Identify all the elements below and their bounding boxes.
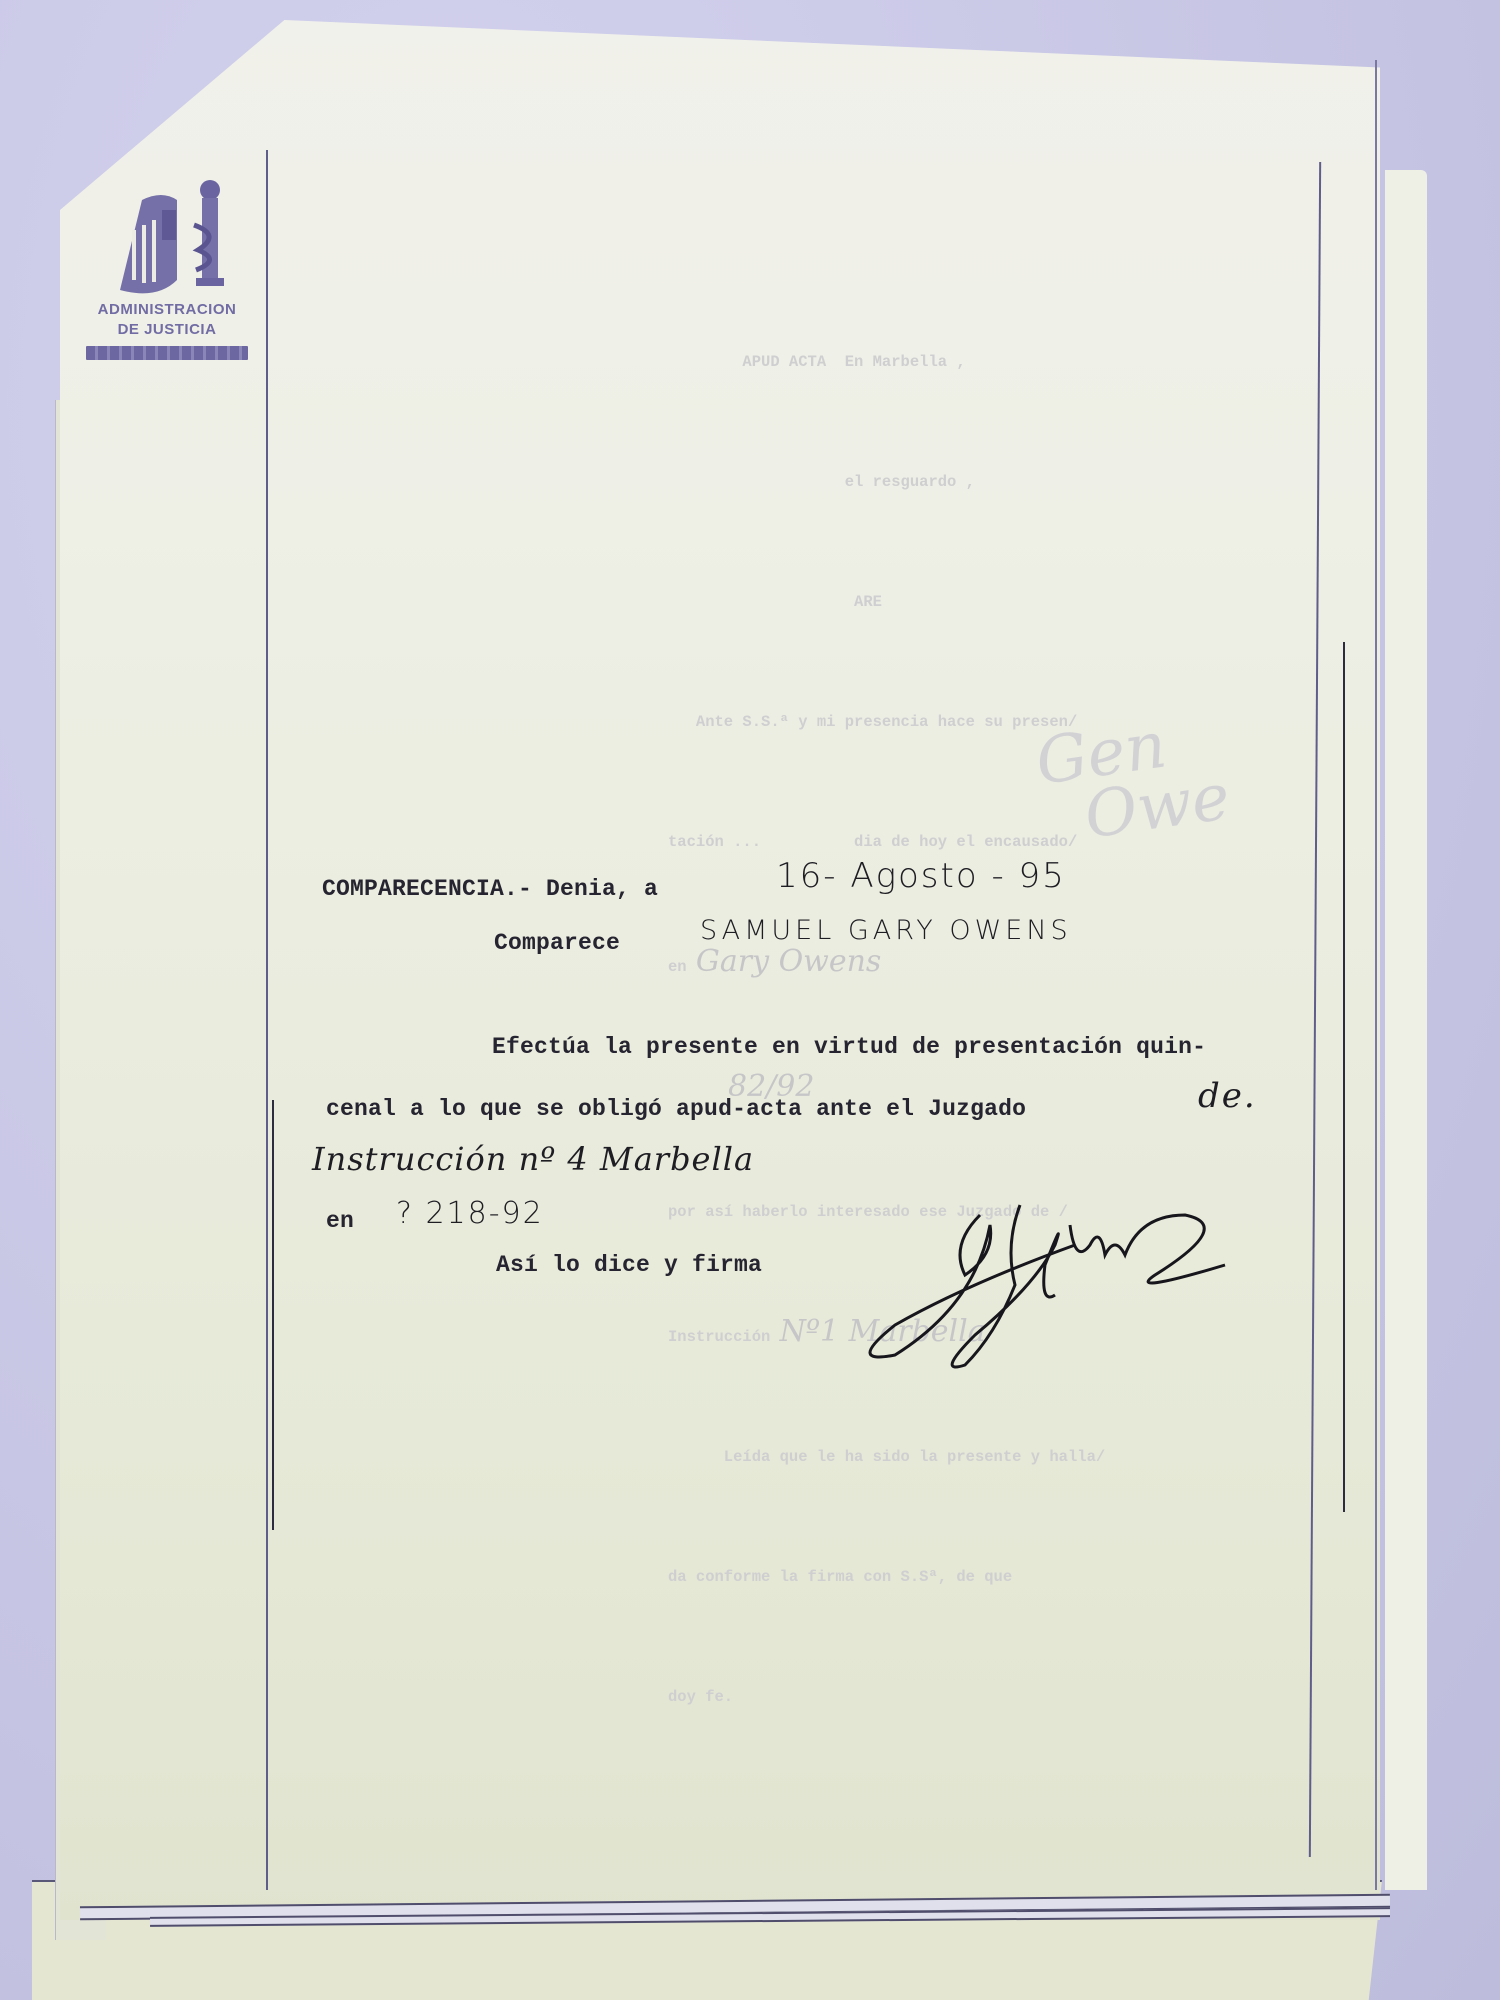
right-margin-line-inner bbox=[1343, 642, 1345, 1512]
spanish-coat-of-arms-icon bbox=[102, 170, 232, 300]
body-line-1: Efectúa la presente en virtud de present… bbox=[492, 1034, 1206, 1060]
paper-sheet-underneath-right bbox=[1385, 170, 1427, 1890]
appearing-name-handwritten: SAMUEL GARY OWENS bbox=[700, 915, 1072, 946]
heading-typed: COMPARECENCIA.- Denia, a bbox=[322, 876, 658, 902]
ghost-line: da conforme la firma con S.Sª, de que bbox=[668, 1557, 1288, 1597]
letterhead-bar bbox=[86, 346, 248, 360]
left-margin-line bbox=[266, 150, 268, 1890]
ghost-line: APUD ACTA En Marbella , bbox=[668, 342, 1288, 382]
showthrough-text: APUD ACTA En Marbella , el resguardo , A… bbox=[668, 262, 1288, 1757]
ghost-handwriting: Gary Owens bbox=[696, 944, 881, 979]
body-line-4-typed: en bbox=[326, 1208, 354, 1234]
heading-date-handwritten: 16- Agosto - 95 bbox=[776, 856, 1066, 896]
ghost-line: Leída que le ha sido la presente y halla… bbox=[668, 1437, 1288, 1477]
ghost-line: doy fe. bbox=[668, 1677, 1288, 1717]
body-line-2-handwritten: de. bbox=[1198, 1076, 1257, 1116]
ghost-line: ARE bbox=[668, 582, 1288, 622]
left-margin-line-inner bbox=[272, 1100, 274, 1530]
letterhead-line1: ADMINISTRACION bbox=[82, 300, 252, 320]
ghost-line: el resguardo , bbox=[668, 462, 1288, 502]
appearing-typed: Comparece bbox=[494, 930, 620, 956]
letterhead: ADMINISTRACION DE JUSTICIA bbox=[82, 170, 252, 360]
body-line-2: cenal a lo que se obligó apud-acta ante … bbox=[326, 1096, 1026, 1122]
ghost-line: en Gary Owens bbox=[668, 942, 1288, 987]
closing-text: Así lo dice y firma bbox=[496, 1252, 762, 1278]
letterhead-line2: DE JUSTICIA bbox=[82, 320, 252, 340]
body-line-3-handwritten: Instrucción nº 4 Marbella bbox=[312, 1140, 754, 1178]
body-line-4-handwritten: ? 218-92 bbox=[396, 1196, 544, 1231]
ghost-signature: Gen Owe bbox=[1033, 708, 1234, 853]
handwritten-signature bbox=[855, 1185, 1295, 1375]
page-edge-line bbox=[1375, 60, 1377, 1890]
